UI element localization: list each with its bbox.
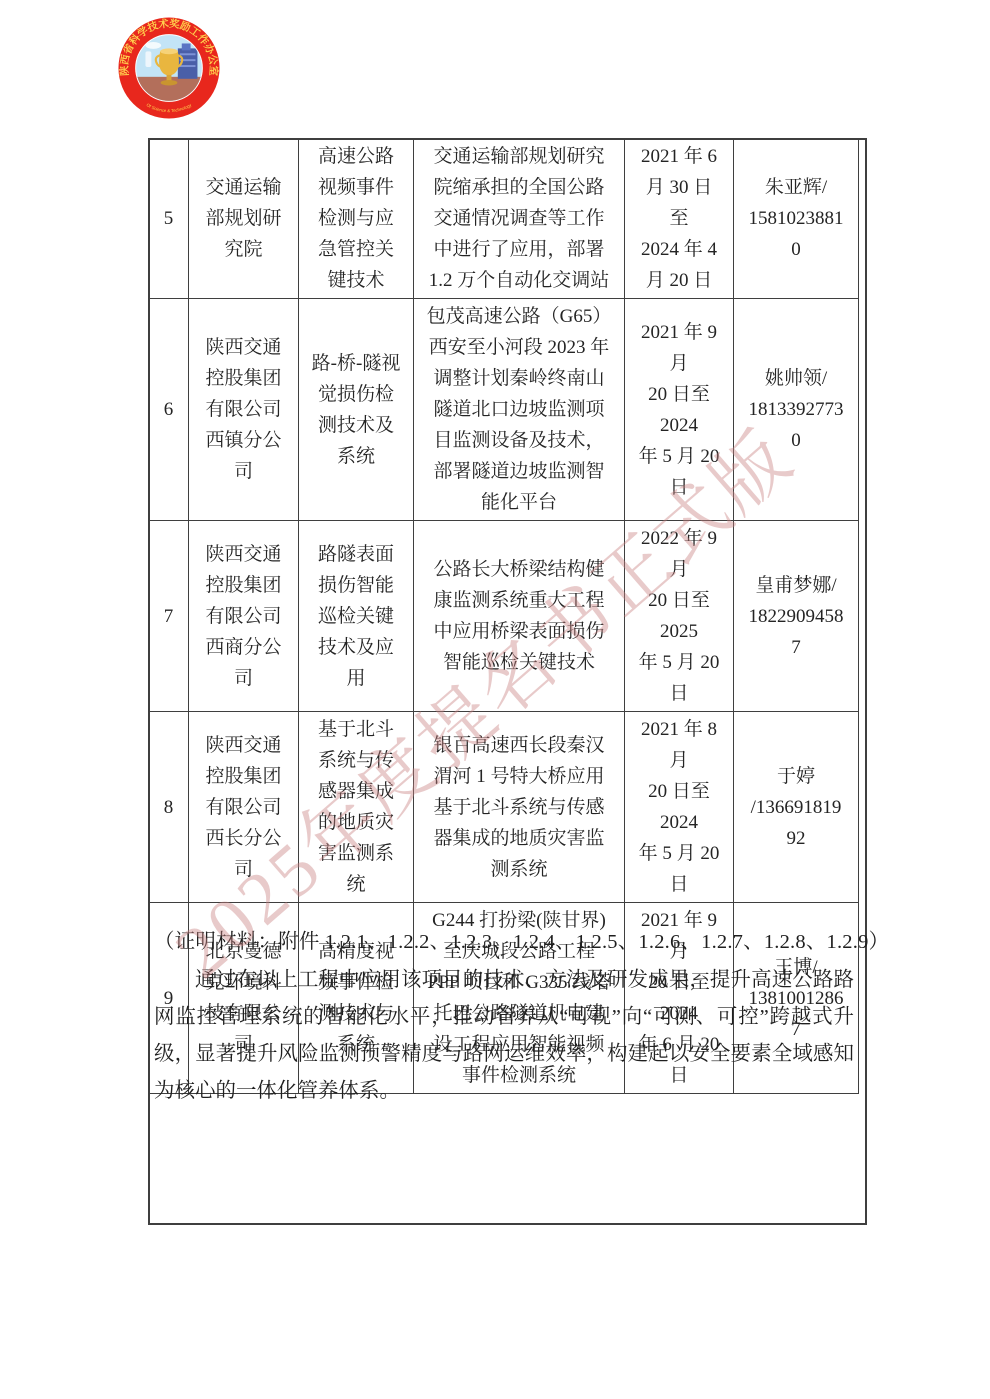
cell-contact: 姚帅领/ 18133927730 xyxy=(734,299,859,521)
cell-period: 2021 年 9 月 20 日至 2024 年 5 月 20 日 xyxy=(625,299,734,521)
cell-application: 公路长大桥梁结构健康监测系统重大工程中应用桥梁表面损伤智能巡检关键技术 xyxy=(414,521,625,712)
cell-technology: 高速公路视频事件检测与应急管控关键技术 xyxy=(299,139,414,299)
table-row: 8 陕西交通控股集团有限公司西长分公司 基于北斗系统与传感器集成的地质灾害监测系… xyxy=(149,712,859,903)
cell-serial: 6 xyxy=(149,299,189,521)
cell-technology: 路-桥-隧视觉损伤检测技术及系统 xyxy=(299,299,414,521)
cell-contact: 皇甫梦娜/ 18229094587 xyxy=(734,521,859,712)
evidence-materials-line: （证明材料：附件 1.2.1、1.2.2、1.2.3、1.2.4、1.2.5、1… xyxy=(154,924,854,960)
cell-organization: 交通运输部规划研究院 xyxy=(189,139,299,299)
cell-period: 2021 年 8 月 20 日至 2024 年 5 月 20 日 xyxy=(625,712,734,903)
document-page: 陕西省科学技术奖励工作办公室 Of Science & Technology 2… xyxy=(0,0,990,1399)
cell-technology: 基于北斗系统与传感器集成的地质灾害监测系统 xyxy=(299,712,414,903)
cell-organization: 陕西交通控股集团有限公司西长分公司 xyxy=(189,712,299,903)
cell-contact: 朱亚辉/ 15810238810 xyxy=(734,139,859,299)
award-office-seal-icon: 陕西省科学技术奖励工作办公室 Of Science & Technology xyxy=(117,16,221,120)
footer-text-block: （证明材料：附件 1.2.1、1.2.2、1.2.3、1.2.4、1.2.5、1… xyxy=(148,924,860,1110)
cell-organization: 陕西交通控股集团有限公司西商分公司 xyxy=(189,521,299,712)
cell-contact: 于婷 /13669181992 xyxy=(734,712,859,903)
cell-application: 交通运输部规划研究院缩承担的全国公路交通情况调查等工作中进行了应用，部署 1.2… xyxy=(414,139,625,299)
cell-application: 包茂高速公路（G65）西安至小河段 2023 年调整计划秦岭终南山隧道北口边坡监… xyxy=(414,299,625,521)
cell-period: 2021 年 6 月 30 日至 2024 年 4 月 20 日 xyxy=(625,139,734,299)
cell-serial: 8 xyxy=(149,712,189,903)
table-row: 6 陕西交通控股集团有限公司西镇分公司 路-桥-隧视觉损伤检测技术及系统 包茂高… xyxy=(149,299,859,521)
cell-application: 银百高速西长段秦汉渭河 1 号特大桥应用基于北斗系统与传感器集成的地质灾害监测系… xyxy=(414,712,625,903)
summary-paragraph: 通过在以上工程中应用该项目的技术、方法及研发成果，提升高速公路路网监控管理系统的… xyxy=(154,962,854,1110)
table-row: 5 交通运输部规划研究院 高速公路视频事件检测与应急管控关键技术 交通运输部规划… xyxy=(149,139,859,299)
table-row: 7 陕西交通控股集团有限公司西商分公司 路隧表面损伤智能巡检关键技术及应用 公路… xyxy=(149,521,859,712)
cell-organization: 陕西交通控股集团有限公司西镇分公司 xyxy=(189,299,299,521)
cell-technology: 路隧表面损伤智能巡检关键技术及应用 xyxy=(299,521,414,712)
cell-serial: 7 xyxy=(149,521,189,712)
cell-serial: 5 xyxy=(149,139,189,299)
cell-period: 2022 年 9 月 20 日至 2025 年 5 月 20 日 xyxy=(625,521,734,712)
